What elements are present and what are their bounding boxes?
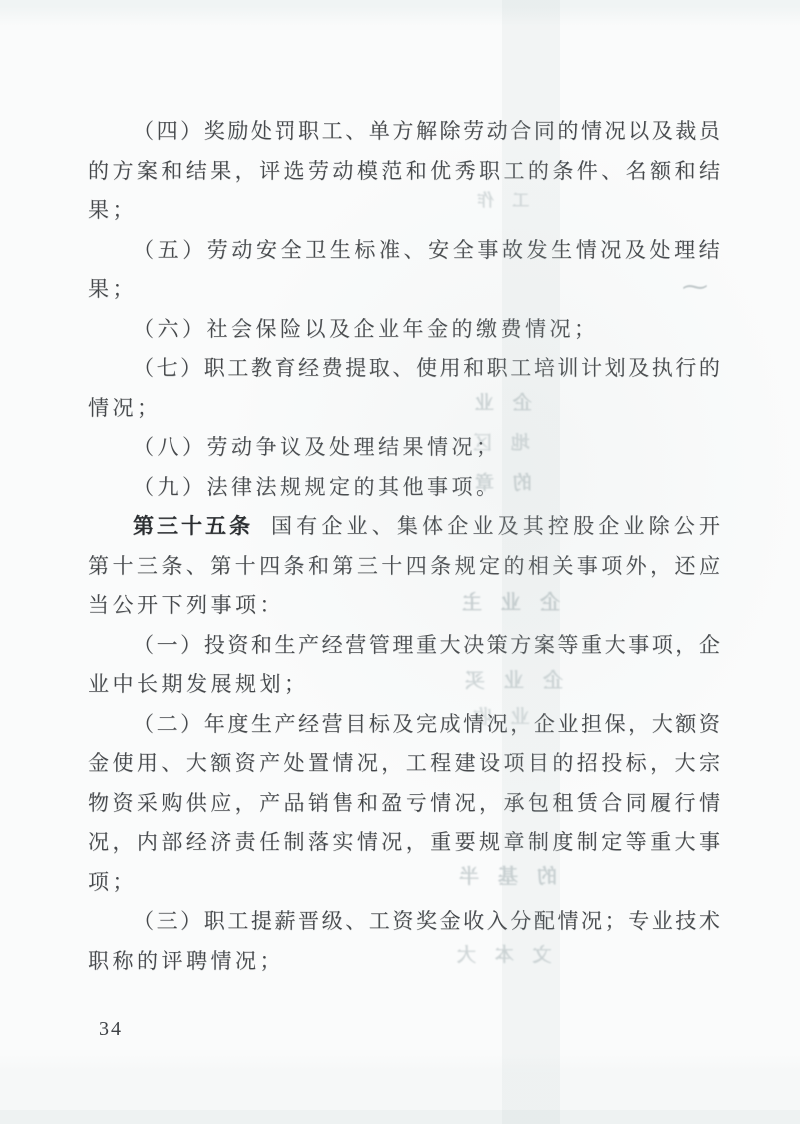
- text-line: 当公开下列事项：: [88, 586, 720, 626]
- text-line: （四）奖励处罚职工、单方解除劳动合同的情况以及裁员: [88, 112, 720, 152]
- text-block: （四）奖励处罚职工、单方解除劳动合同的情况以及裁员 的方案和结果，评选劳动模范和…: [88, 112, 720, 981]
- text-line: （一）投资和生产经营管理重大决策方案等重大事项，企: [88, 626, 720, 666]
- text-line: （二）年度生产经营目标及完成情况，企业担保，大额资: [88, 705, 720, 745]
- text-line: 金使用、大额资产处置情况，工程建设项目的招投标，大宗: [88, 744, 720, 784]
- text-line: （九）法律法规规定的其他事项。: [88, 468, 720, 508]
- page-number: 34: [99, 1018, 123, 1041]
- article-number: 第三十五条: [133, 507, 253, 547]
- text-line: 果；: [88, 191, 720, 231]
- text-line: （七）职工教育经费提取、使用和职工培训计划及执行的: [88, 349, 720, 389]
- text-line: 第十三条、第十四条和第三十四条规定的相关事项外，还应: [88, 547, 720, 587]
- text-line: 业中长期发展规划；: [88, 665, 720, 705]
- text-line: 情况；: [88, 389, 720, 429]
- text-line: （八）劳动争议及处理结果情况；: [88, 428, 720, 468]
- scanned-document-page: 工 作 企 业 地 区 的 章 企 业 主 企 业 买 业 收 的 基 半 文 …: [0, 0, 800, 1124]
- text-line: 项；: [88, 863, 720, 903]
- text-line-article-35: 第三十五条 国有企业、集体企业及其控股企业除公开: [88, 507, 720, 547]
- text-line: （五）劳动安全卫生标准、安全事故发生情况及处理结: [88, 231, 720, 271]
- text-line: 的方案和结果，评选劳动模范和优秀职工的条件、名额和结: [88, 152, 720, 192]
- text-line: 果；: [88, 270, 720, 310]
- text-line: （六）社会保险以及企业年金的缴费情况；: [88, 310, 720, 350]
- text-line: 况，内部经济责任制落实情况，重要规章制度制定等重大事: [88, 823, 720, 863]
- text-line: 物资采购供应，产品销售和盈亏情况，承包租赁合同履行情: [88, 784, 720, 824]
- text-line: （三）职工提薪晋级、工资奖金收入分配情况；专业技术: [88, 902, 720, 942]
- text-line: 职称的评聘情况；: [88, 942, 720, 982]
